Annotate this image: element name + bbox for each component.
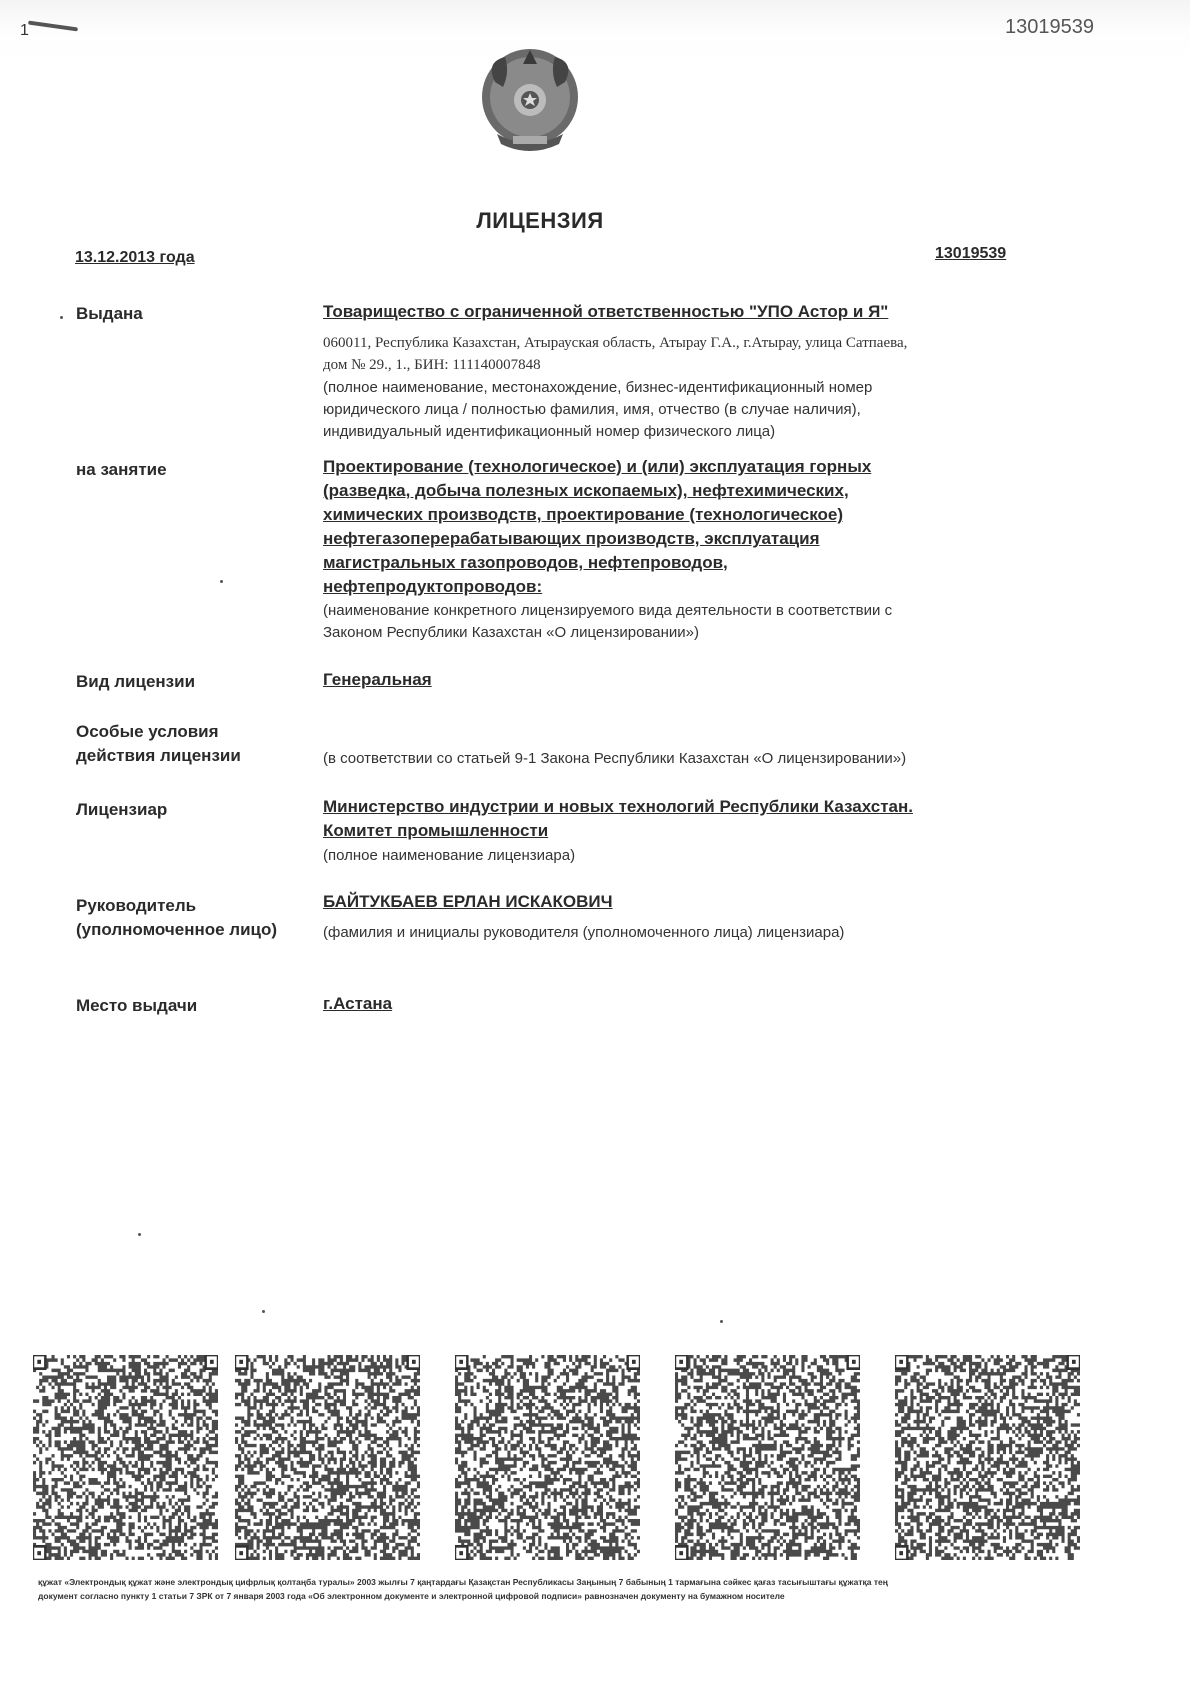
license-type-value: Генеральная <box>323 668 1033 692</box>
activity-line-4: нефтегазоперерабатывающих производств, э… <box>323 527 1033 551</box>
head-note: (фамилия и инициалы руководителя (уполно… <box>323 922 1063 944</box>
issued-to-address-line1: 060011, Республика Казахстан, Атырауская… <box>323 332 1063 354</box>
scan-speck <box>220 580 223 583</box>
scan-speck <box>60 316 63 319</box>
issue-date: 13.12.2013 года <box>75 249 195 267</box>
head-label-line1: Руководитель <box>76 894 196 918</box>
special-conditions-label-line2: действия лицензии <box>76 744 241 768</box>
issued-to-label: Выдана <box>76 302 143 326</box>
document-title: ЛИЦЕНЗИЯ <box>0 208 1080 234</box>
issued-to-note-line1: (полное наименование, местонахождение, б… <box>323 377 1063 399</box>
license-page: 1 13019539 ЛИЦЕНЗИЯ 13.12.2013 года 1301… <box>0 0 1190 1683</box>
licensor-note: (полное наименование лицензиара) <box>323 845 1063 867</box>
scan-speck <box>138 1233 141 1236</box>
qr-code-icon <box>33 1355 218 1560</box>
special-conditions-label-line1: Особые условия <box>76 720 219 744</box>
scan-speck <box>720 1320 723 1323</box>
activity-line-5: магистральных газопроводов, нефтепроводо… <box>323 551 1033 575</box>
footer-line-kazakh: құжат «Электрондық құжат және электронды… <box>38 1575 1088 1589</box>
licensor-value-line1: Министерство индустрии и новых технологи… <box>323 795 1033 819</box>
document-number-top: 13019539 <box>1005 16 1094 39</box>
footer-line-russian: документ согласно пункту 1 статьи 7 ЗРК … <box>38 1589 1088 1603</box>
footer-legal-note: құжат «Электрондық құжат және электронды… <box>38 1575 1088 1603</box>
place-of-issue-value: г.Астана <box>323 992 1033 1016</box>
issued-to-note-line3: индивидуальный идентификационный номер ф… <box>323 421 1063 443</box>
qr-code-row <box>33 1355 1093 1563</box>
activity-line-3: химических производств, проектирование (… <box>323 503 1033 527</box>
licensor-label: Лицензиар <box>76 798 167 822</box>
kazakhstan-coat-of-arms-icon <box>475 42 585 162</box>
scan-speck <box>262 1310 265 1313</box>
activity-line-1: Проектирование (технологическое) и (или)… <box>323 455 1033 479</box>
page-corner-mark: 1 <box>20 22 29 40</box>
staple-mark <box>28 21 78 32</box>
qr-code-icon <box>455 1355 640 1560</box>
head-label-line2: (уполномоченное лицо) <box>76 918 277 942</box>
activity-note-line2: Законом Республики Казахстан «О лицензир… <box>323 622 1063 644</box>
activity-label: на занятие <box>76 458 167 482</box>
activity-line-2: (разведка, добыча полезных ископаемых), … <box>323 479 1033 503</box>
qr-code-icon <box>235 1355 420 1560</box>
issued-to-note-line2: юридического лица / полностью фамилия, и… <box>323 399 1063 421</box>
qr-code-icon <box>895 1355 1080 1560</box>
qr-code-icon <box>675 1355 860 1560</box>
place-of-issue-label: Место выдачи <box>76 994 197 1018</box>
issued-to-address-line2: дом № 29., 1., БИН: 111140007848 <box>323 354 1063 376</box>
license-type-label: Вид лицензии <box>76 670 195 694</box>
issued-to-value: Товарищество с ограниченной ответственно… <box>323 300 1033 324</box>
license-number: 13019539 <box>935 245 1006 263</box>
activity-note-line1: (наименование конкретного лицензируемого… <box>323 600 1063 622</box>
special-conditions-note: (в соответствии со статьей 9-1 Закона Ре… <box>323 748 1063 770</box>
licensor-value-line2: Комитет промышленности <box>323 819 1033 843</box>
activity-line-6: нефтепродуктопроводов: <box>323 575 1033 599</box>
head-value: БАЙТУКБАЕВ ЕРЛАН ИСКАКОВИЧ <box>323 890 1033 914</box>
